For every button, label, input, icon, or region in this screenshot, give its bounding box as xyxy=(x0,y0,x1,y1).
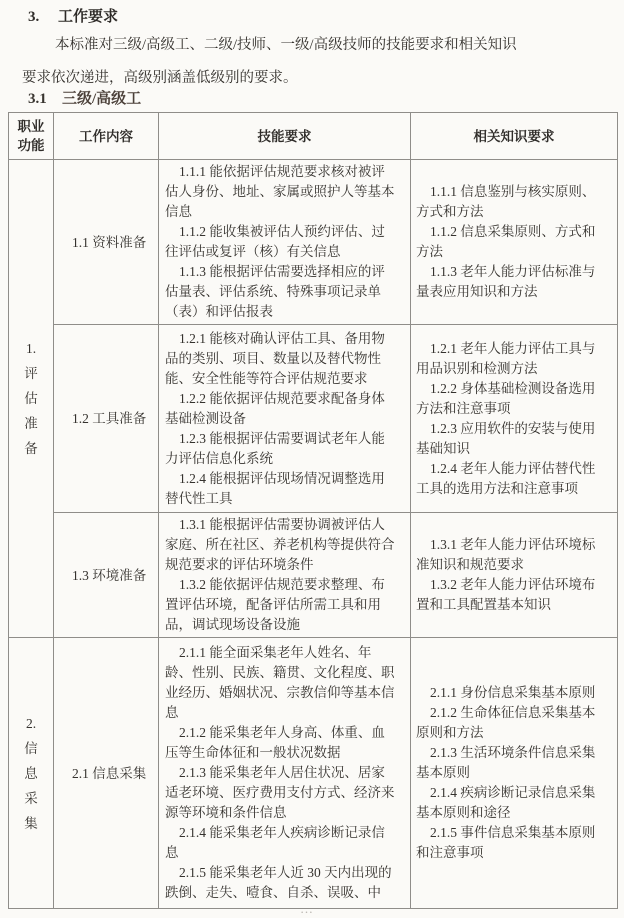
skill-item: 1.1.1 能依据评估规范要求核对被评估人身份、地址、家属或照护人等基本信息 xyxy=(165,162,395,222)
section-number: 3. xyxy=(28,9,58,26)
knowledge-item: 1.1.2 信息采集原则、方式和方法 xyxy=(416,222,604,262)
knowledge-item: 1.3.1 老年人能力评估环境标准知识和规范要求 xyxy=(416,535,604,575)
header-knowledge-requirements: 相关知识要求 xyxy=(411,113,618,160)
skills-cell: 1.1.1 能依据评估规范要求核对被评估人身份、地址、家属或照护人等基本信息 1… xyxy=(159,160,411,325)
table-row: 1.评估准备 1.1 资料准备 1.1.1 能依据评估规范要求核对被评估人身份、… xyxy=(9,160,618,325)
content-cell: 1.2 工具准备 xyxy=(54,325,159,513)
requirements-table: 职业功能 工作内容 技能要求 相关知识要求 1.评估准备 1.1 资料准备 1.… xyxy=(8,112,618,909)
knowledge-item: 1.2.3 应用软件的安装与使用基础知识 xyxy=(416,419,604,459)
knowledge-item: 1.1.1 信息鉴别与核实原则、方式和方法 xyxy=(416,182,604,222)
table-row: 1.2 工具准备 1.2.1 能核对确认评估工具、备用物品的类别、项目、数量以及… xyxy=(9,325,618,513)
content-cell: 1.1 资料准备 xyxy=(54,160,159,325)
skill-item: 2.1.5 能采集老年人近 30 天内出现的跌倒、走失、噎食、自杀、误吸、中 xyxy=(165,863,395,903)
knowledge-item: 1.2.4 老年人能力评估替代性工具的选用方法和注意事项 xyxy=(416,459,604,499)
section-title: 工作要求 xyxy=(58,9,118,25)
header-occupational-function: 职业功能 xyxy=(9,113,54,160)
content-label: 1.2 工具准备 xyxy=(59,408,148,429)
skills-cell: 1.2.1 能核对确认评估工具、备用物品的类别、项目、数量以及替代物性能、安全性… xyxy=(159,325,411,513)
skill-item: 2.1.3 能采集老年人居住状况、居家适老环境、医疗费用支付方式、经济来源等环境… xyxy=(165,763,395,823)
knowledge-item: 2.1.3 生活环境条件信息采集基本原则 xyxy=(416,743,604,783)
knowledge-cell: 2.1.1 身份信息采集基本原则 2.1.2 生命体征信息采集基本原则和方法 2… xyxy=(411,638,618,909)
knowledge-item: 2.1.4 疾病诊断记录信息采集基本原则和途径 xyxy=(416,783,604,823)
skills-cell: 1.3.1 能根据评估需要协调被评估人家庭、所在社区、养老机构等提供符合规范要求… xyxy=(159,513,411,638)
function-cell-information-collection: 2.信息采集 xyxy=(9,638,54,909)
subsection-title: 三级/高级工 xyxy=(62,91,141,107)
skill-item: 1.2.2 能依据评估规范要求配备身体基础检测设备 xyxy=(165,389,395,429)
intro-line: 本标准对三级/高级工、二级/技师、一级/高级技师的技能要求和相关知识 xyxy=(22,29,612,62)
table-row: 1.3 环境准备 1.3.1 能根据评估需要协调被评估人家庭、所在社区、养老机构… xyxy=(9,513,618,638)
table-header-row: 职业功能 工作内容 技能要求 相关知识要求 xyxy=(9,113,618,160)
function-label: 2.信息采集 xyxy=(23,711,40,836)
header-skill-requirements: 技能要求 xyxy=(159,113,411,160)
knowledge-item: 1.1.3 老年人能力评估标准与量表应用知识和方法 xyxy=(416,262,604,302)
section-heading: 3.工作要求 xyxy=(28,5,118,26)
skill-item: 2.1.1 能全面采集老年人姓名、年龄、性别、民族、籍贯、文化程度、职业经历、婚… xyxy=(165,643,395,723)
skill-item: 1.1.2 能收集被评估人预约评估、过往评估或复评（核）有关信息 xyxy=(165,222,395,262)
skill-item: 1.2.4 能根据评估现场情况调整选用替代性工具 xyxy=(165,469,395,509)
skill-item: 1.2.1 能核对确认评估工具、备用物品的类别、项目、数量以及替代物性能、安全性… xyxy=(165,329,395,389)
knowledge-item: 2.1.2 生命体征信息采集基本原则和方法 xyxy=(416,703,604,743)
skills-cell: 2.1.1 能全面采集老年人姓名、年龄、性别、民族、籍贯、文化程度、职业经历、婚… xyxy=(159,638,411,909)
footer-smudge-mark: … xyxy=(300,901,315,917)
skill-item: 2.1.4 能采集老年人疾病诊断记录信息 xyxy=(165,823,395,863)
content-label: 1.3 环境准备 xyxy=(59,565,148,586)
function-cell-evaluation-prep: 1.评估准备 xyxy=(9,160,54,638)
content-cell: 2.1 信息采集 xyxy=(54,638,159,909)
content-label: 2.1 信息采集 xyxy=(59,763,148,784)
knowledge-item: 2.1.5 事件信息采集基本原则和注意事项 xyxy=(416,823,604,863)
content-cell: 1.3 环境准备 xyxy=(54,513,159,638)
skill-item: 1.2.3 能根据评估需要调试老年人能力评估信息化系统 xyxy=(165,429,395,469)
skill-item: 1.3.1 能根据评估需要协调被评估人家庭、所在社区、养老机构等提供符合规范要求… xyxy=(165,515,395,575)
skill-item: 1.3.2 能依据评估规范要求整理、布置评估环境，配备评估所需工具和用品，调试现… xyxy=(165,575,395,635)
knowledge-cell: 1.1.1 信息鉴别与核实原则、方式和方法 1.1.2 信息采集原则、方式和方法… xyxy=(411,160,618,325)
knowledge-item: 1.3.2 老年人能力评估环境布置和工具配置基本知识 xyxy=(416,575,604,615)
skill-item: 2.1.2 能采集老年人身高、体重、血压等生命体征和一般状况数据 xyxy=(165,723,395,763)
knowledge-item: 1.2.1 老年人能力评估工具与用品识别和检测方法 xyxy=(416,339,604,379)
skill-item: 1.1.3 能根据评估需要选择相应的评估量表、评估系统、特殊事项记录单（表）和评… xyxy=(165,262,395,322)
knowledge-cell: 1.3.1 老年人能力评估环境标准知识和规范要求 1.3.2 老年人能力评估环境… xyxy=(411,513,618,638)
subsection-heading: 3.1三级/高级工 xyxy=(28,87,141,108)
knowledge-item: 1.2.2 身体基础检测设备选用方法和注意事项 xyxy=(416,379,604,419)
content-label: 1.1 资料准备 xyxy=(59,232,148,253)
table-row: 2.信息采集 2.1 信息采集 2.1.1 能全面采集老年人姓名、年龄、性别、民… xyxy=(9,638,618,909)
function-label: 1.评估准备 xyxy=(23,336,40,461)
header-work-content: 工作内容 xyxy=(54,113,159,160)
knowledge-cell: 1.2.1 老年人能力评估工具与用品识别和检测方法 1.2.2 身体基础检测设备… xyxy=(411,325,618,513)
subsection-number: 3.1 xyxy=(28,91,62,108)
intro-paragraph: 本标准对三级/高级工、二级/技师、一级/高级技师的技能要求和相关知识 要求依次递… xyxy=(22,29,612,95)
document-page: 3.工作要求 本标准对三级/高级工、二级/技师、一级/高级技师的技能要求和相关知… xyxy=(0,0,624,918)
knowledge-item: 2.1.1 身份信息采集基本原则 xyxy=(416,683,604,703)
